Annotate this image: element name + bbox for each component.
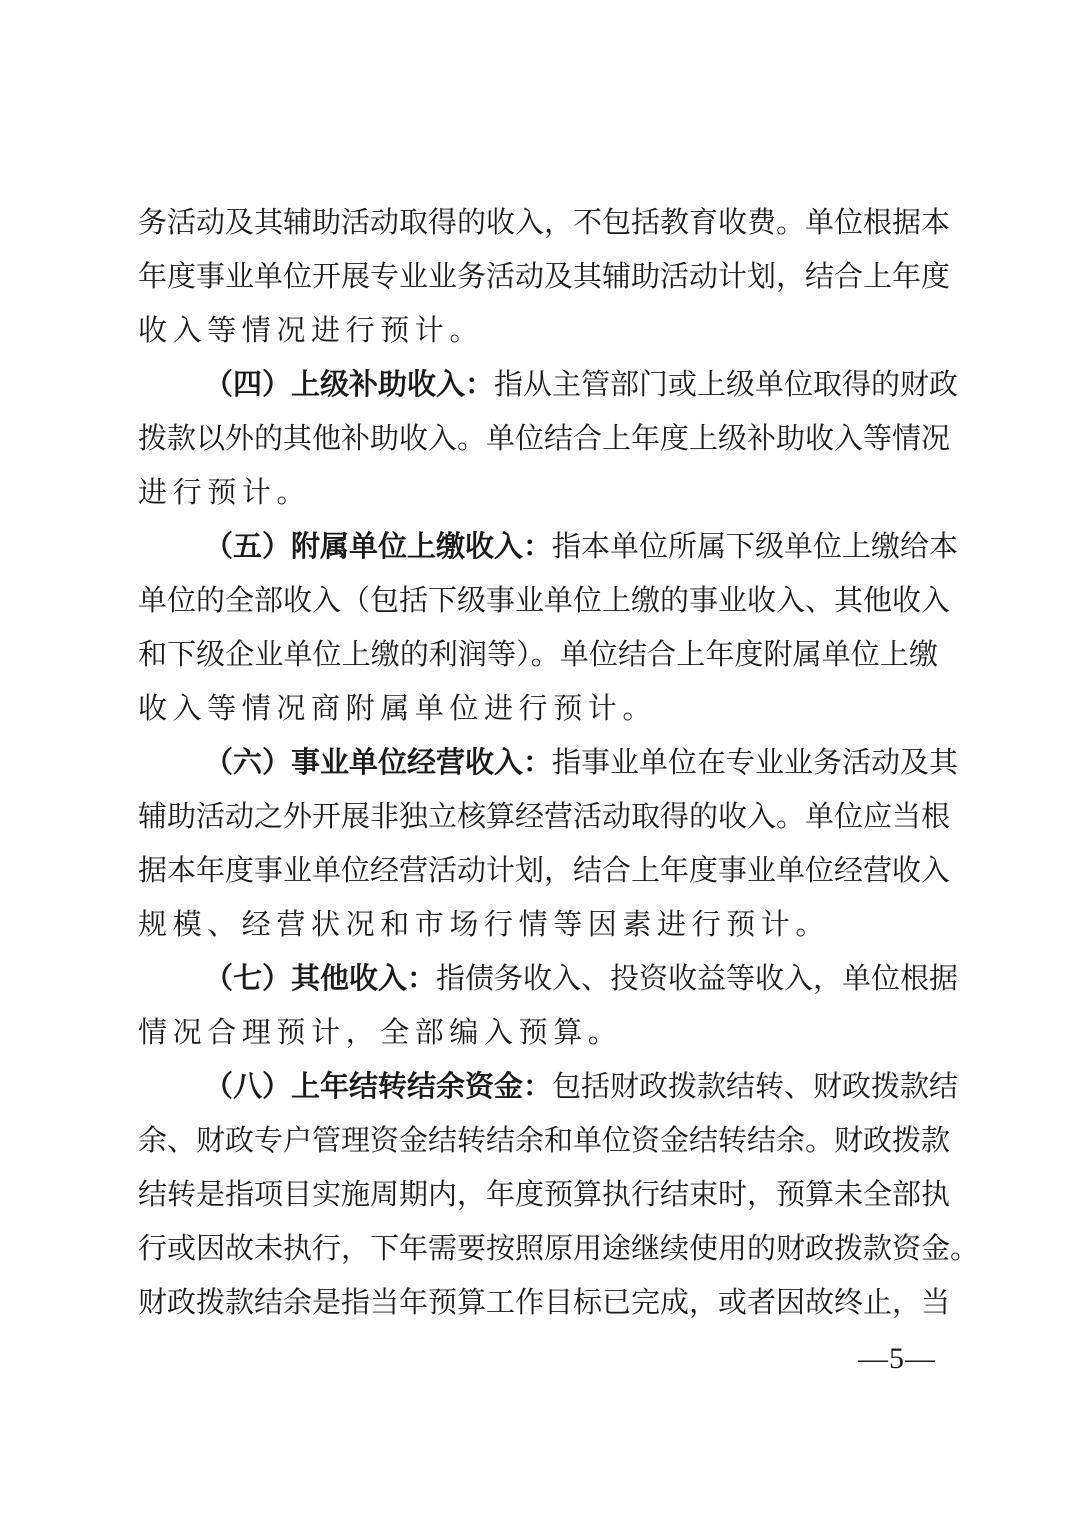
page-number: —5— (858, 1342, 936, 1376)
section-heading: （七）其他收入： (204, 961, 436, 995)
text-line: 辅助活动之外开展非独立核算经营活动取得的收入。单位应当根 (138, 794, 938, 838)
text-line: 行或因故未执行，下年需要按照原用途继续使用的财政拨款资金。 (138, 1226, 956, 1270)
text-line: 财政拨款结余是指当年预算工作目标已完成，或者因故终止，当 (138, 1280, 938, 1324)
body-text: 指事业单位在专业业务活动及其 (552, 745, 958, 779)
text-line: 进行预计。 (138, 470, 938, 514)
paragraph-first-line: （四）上级补助收入：指从主管部门或上级单位取得的财政 (204, 362, 938, 406)
text-line: 收入等情况商附属单位进行预计。 (138, 686, 938, 730)
text-line: 务活动及其辅助活动取得的收入，不包括教育收费。单位根据本 (138, 200, 938, 244)
body-text: 指从主管部门或上级单位取得的财政 (494, 367, 958, 401)
text-line: 年度事业单位开展专业业务活动及其辅助活动计划，结合上年度 (138, 254, 938, 298)
section-heading: （四）上级补助收入： (204, 367, 494, 401)
text-line: 规模、经营状况和市场行情等因素进行预计。 (138, 902, 938, 946)
paragraph-first-line: （七）其他收入：指债务收入、投资收益等收入，单位根据 (204, 956, 938, 1000)
paragraph-first-line: （六）事业单位经营收入：指事业单位在专业业务活动及其 (204, 740, 938, 784)
section-heading: （六）事业单位经营收入： (204, 745, 552, 779)
paragraph-first-line: （八）上年结转结余资金：包括财政拨款结转、财政拨款结 (204, 1064, 938, 1108)
paragraph-first-line: （五）附属单位上缴收入：指本单位所属下级单位上缴给本 (204, 524, 938, 568)
text-line: 和下级企业单位上缴的利润等）。单位结合上年度附属单位上缴 (138, 632, 938, 676)
text-line: 情况合理预计，全部编入预算。 (138, 1010, 938, 1054)
body-text: 指本单位所属下级单位上缴给本 (552, 529, 958, 563)
text-line: 据本年度事业单位经营活动计划，结合上年度事业单位经营收入 (138, 848, 938, 892)
body-text: 包括财政拨款结转、财政拨款结 (552, 1069, 958, 1103)
text-line: 结转是指项目实施周期内，年度预算执行结束时，预算未全部执 (138, 1172, 938, 1216)
text-line: 余、财政专户管理资金结转结余和单位资金结转结余。财政拨款 (138, 1118, 938, 1162)
section-heading: （八）上年结转结余资金： (204, 1069, 552, 1103)
document-page: 务活动及其辅助活动取得的收入，不包括教育收费。单位根据本 年度事业单位开展专业业… (0, 0, 1074, 1520)
text-line: 单位的全部收入（包括下级事业单位上缴的事业收入、其他收入 (138, 578, 938, 622)
text-line: 收入等情况进行预计。 (138, 308, 938, 352)
text-line: 拨款以外的其他补助收入。单位结合上年度上级补助收入等情况 (138, 416, 938, 460)
section-heading: （五）附属单位上缴收入： (204, 529, 552, 563)
body-text: 指债务收入、投资收益等收入，单位根据 (436, 961, 958, 995)
